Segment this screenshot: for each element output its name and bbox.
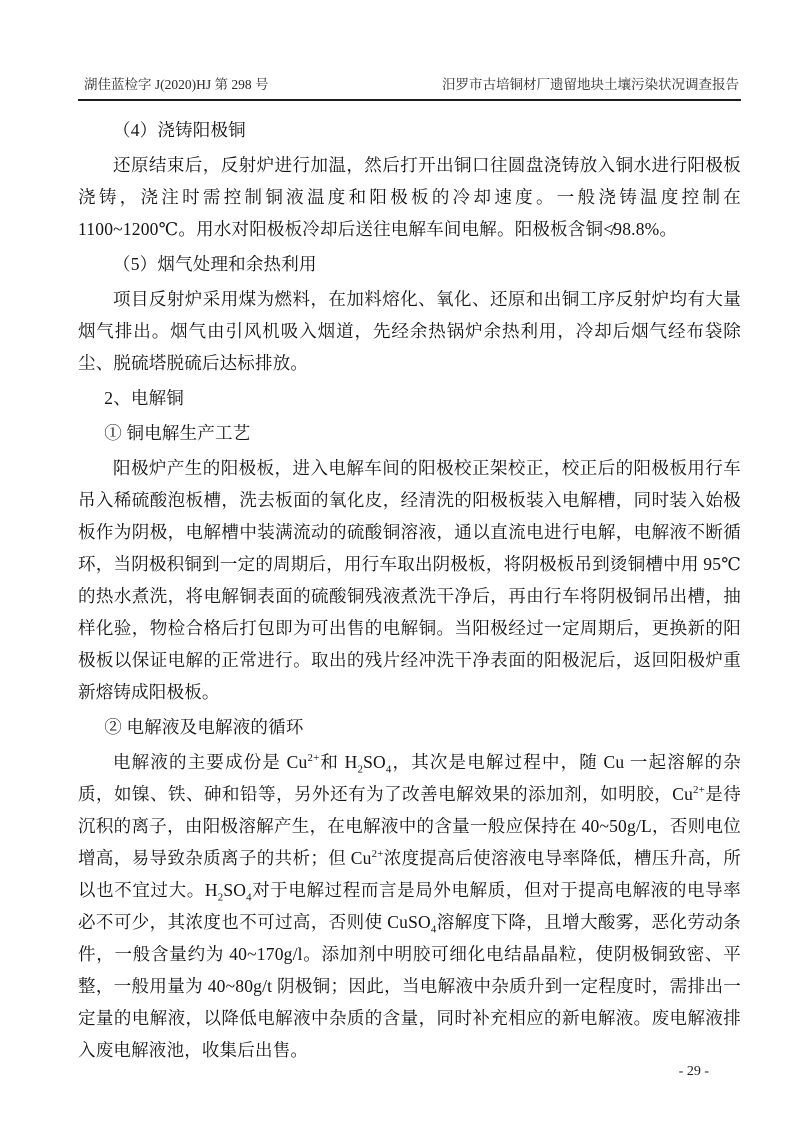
subheading-electrolysis-process: ① 铜电解生产工艺 — [78, 417, 741, 449]
header-report-title: 汨罗市古培铜材厂遗留地块土壤污染状况调查报告 — [442, 76, 739, 94]
paragraph-electrolyte-circulation: 电解液的主要成份是 Cu2+和 H2SO4，其次是电解过程中，随 Cu 一起溶解… — [78, 746, 741, 1066]
document-body: （4）浇铸阳极铜 还原结束后，反射炉进行加温，然后打开出铜口往圆盘浇铸放入铜水进… — [78, 114, 741, 1066]
header-document-number: 湖佳蓝检字 J(2020)HJ 第 298 号 — [84, 76, 269, 94]
page-header: 湖佳蓝检字 J(2020)HJ 第 298 号 汨罗市古培铜材厂遗留地块土壤污染… — [78, 76, 741, 101]
page-number: - 29 - — [679, 1064, 709, 1079]
heading-section-4: （4）浇铸阳极铜 — [78, 114, 741, 146]
page-footer: - 29 - — [679, 1064, 709, 1080]
heading-electrolytic-copper: 2、电解铜 — [78, 382, 741, 414]
paragraph-flue-gas: 项目反射炉采用煤为燃料，在加料熔化、氧化、还原和出铜工序反射炉均有大量烟气排出。… — [78, 283, 741, 379]
document-page: 湖佳蓝检字 J(2020)HJ 第 298 号 汨罗市古培铜材厂遗留地块土壤污染… — [0, 0, 793, 1122]
subheading-electrolyte-circulation: ② 电解液及电解液的循环 — [78, 711, 741, 743]
paragraph-electrolysis-process: 阳极炉产生的阳极板，进入电解车间的阳极校正架校正，校正后的阳极板用行车吊入稀硫酸… — [78, 452, 741, 708]
paragraph-anode-casting: 还原结束后，反射炉进行加温，然后打开出铜口往圆盘浇铸放入铜水进行阳极板浇铸，浇注… — [78, 149, 741, 245]
heading-section-5: （5）烟气处理和余热利用 — [78, 248, 741, 280]
